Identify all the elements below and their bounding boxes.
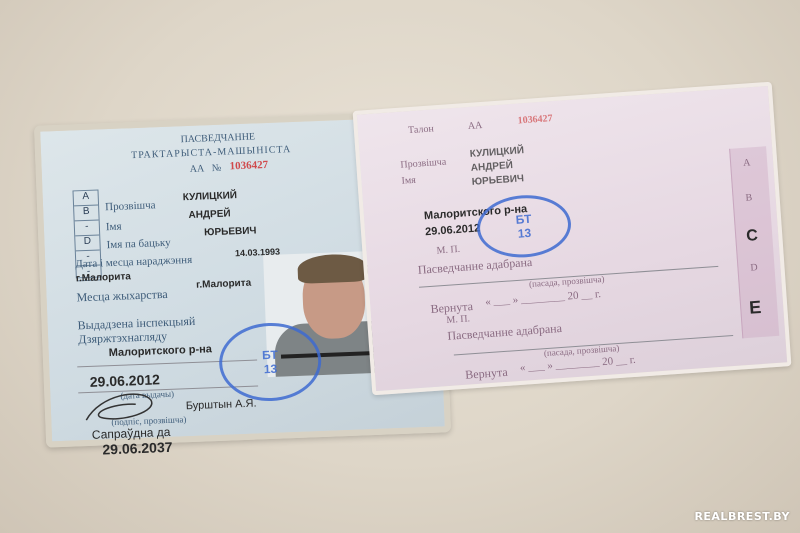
residence-label: Месца жыхарства xyxy=(76,287,168,305)
official-name: Бурштын А.Я. xyxy=(186,398,257,413)
patronymic: ЮРЬЕВИЧ xyxy=(204,225,257,238)
coupon-header: Талон xyxy=(408,123,434,136)
coupon-card: Талон АА 1036427 Прозвішча КУЛИЦКИЙ АНДР… xyxy=(353,82,792,396)
position-caption-1: (пасада, прозвішча) xyxy=(529,274,605,289)
surname-label: Прозвішча xyxy=(105,199,156,213)
official-stamp: БТ 13 xyxy=(218,321,323,403)
category-c: - xyxy=(75,220,100,236)
name: АНДРЕЙ xyxy=(188,208,231,221)
issued-by: Малоритского р-на xyxy=(109,343,213,359)
number-label: № xyxy=(212,163,222,174)
coupon-patronymic: ЮРЬЕВИЧ xyxy=(471,173,524,188)
series: АА xyxy=(190,163,205,175)
name-label: Імя xyxy=(106,221,122,234)
returned-date-2: « ___ » ________ 20 __ г. xyxy=(519,354,636,374)
coupon-name-label: Імя xyxy=(401,175,416,187)
mp-label-2: М. П. xyxy=(446,313,470,326)
valid-until: 29.06.2037 xyxy=(102,439,173,458)
coupon-issue-date: 29.06.2012 xyxy=(425,222,481,238)
mp-label-1: М. П. xyxy=(436,244,460,257)
coupon-series: АА xyxy=(468,120,483,132)
watermark: REALBREST.BY xyxy=(694,510,790,523)
surname: КУЛИЦКИЙ xyxy=(183,190,238,203)
returned-label-2: Вернута xyxy=(465,365,508,383)
coupon-name: АНДРЕЙ xyxy=(470,160,513,174)
card-number: 1036427 xyxy=(229,159,268,172)
signature-icon xyxy=(80,387,171,430)
category-strip: А В С D Е xyxy=(729,146,779,338)
residence: г.Малорита xyxy=(196,278,251,291)
coupon-number: 1036427 xyxy=(517,113,553,126)
category-b: B xyxy=(74,205,99,221)
coupon-surname-label: Прозвішча xyxy=(400,157,446,171)
card-title-1: ПАСВЕДЧАННЕ xyxy=(180,131,255,145)
returned-date-1: « ___ » ________ 20 __ г. xyxy=(485,288,602,308)
category-d: D xyxy=(75,235,100,251)
coupon-surname: КУЛИЦКИЙ xyxy=(470,145,525,160)
suspended-label-1: Пасведчанне адабрана xyxy=(417,255,532,278)
birthplace: г.Малорита xyxy=(76,271,131,284)
coupon-stamp: БТ 13 xyxy=(475,192,573,260)
category-a: A xyxy=(74,191,99,207)
patronymic-label: Імя па бацьку xyxy=(106,237,170,251)
